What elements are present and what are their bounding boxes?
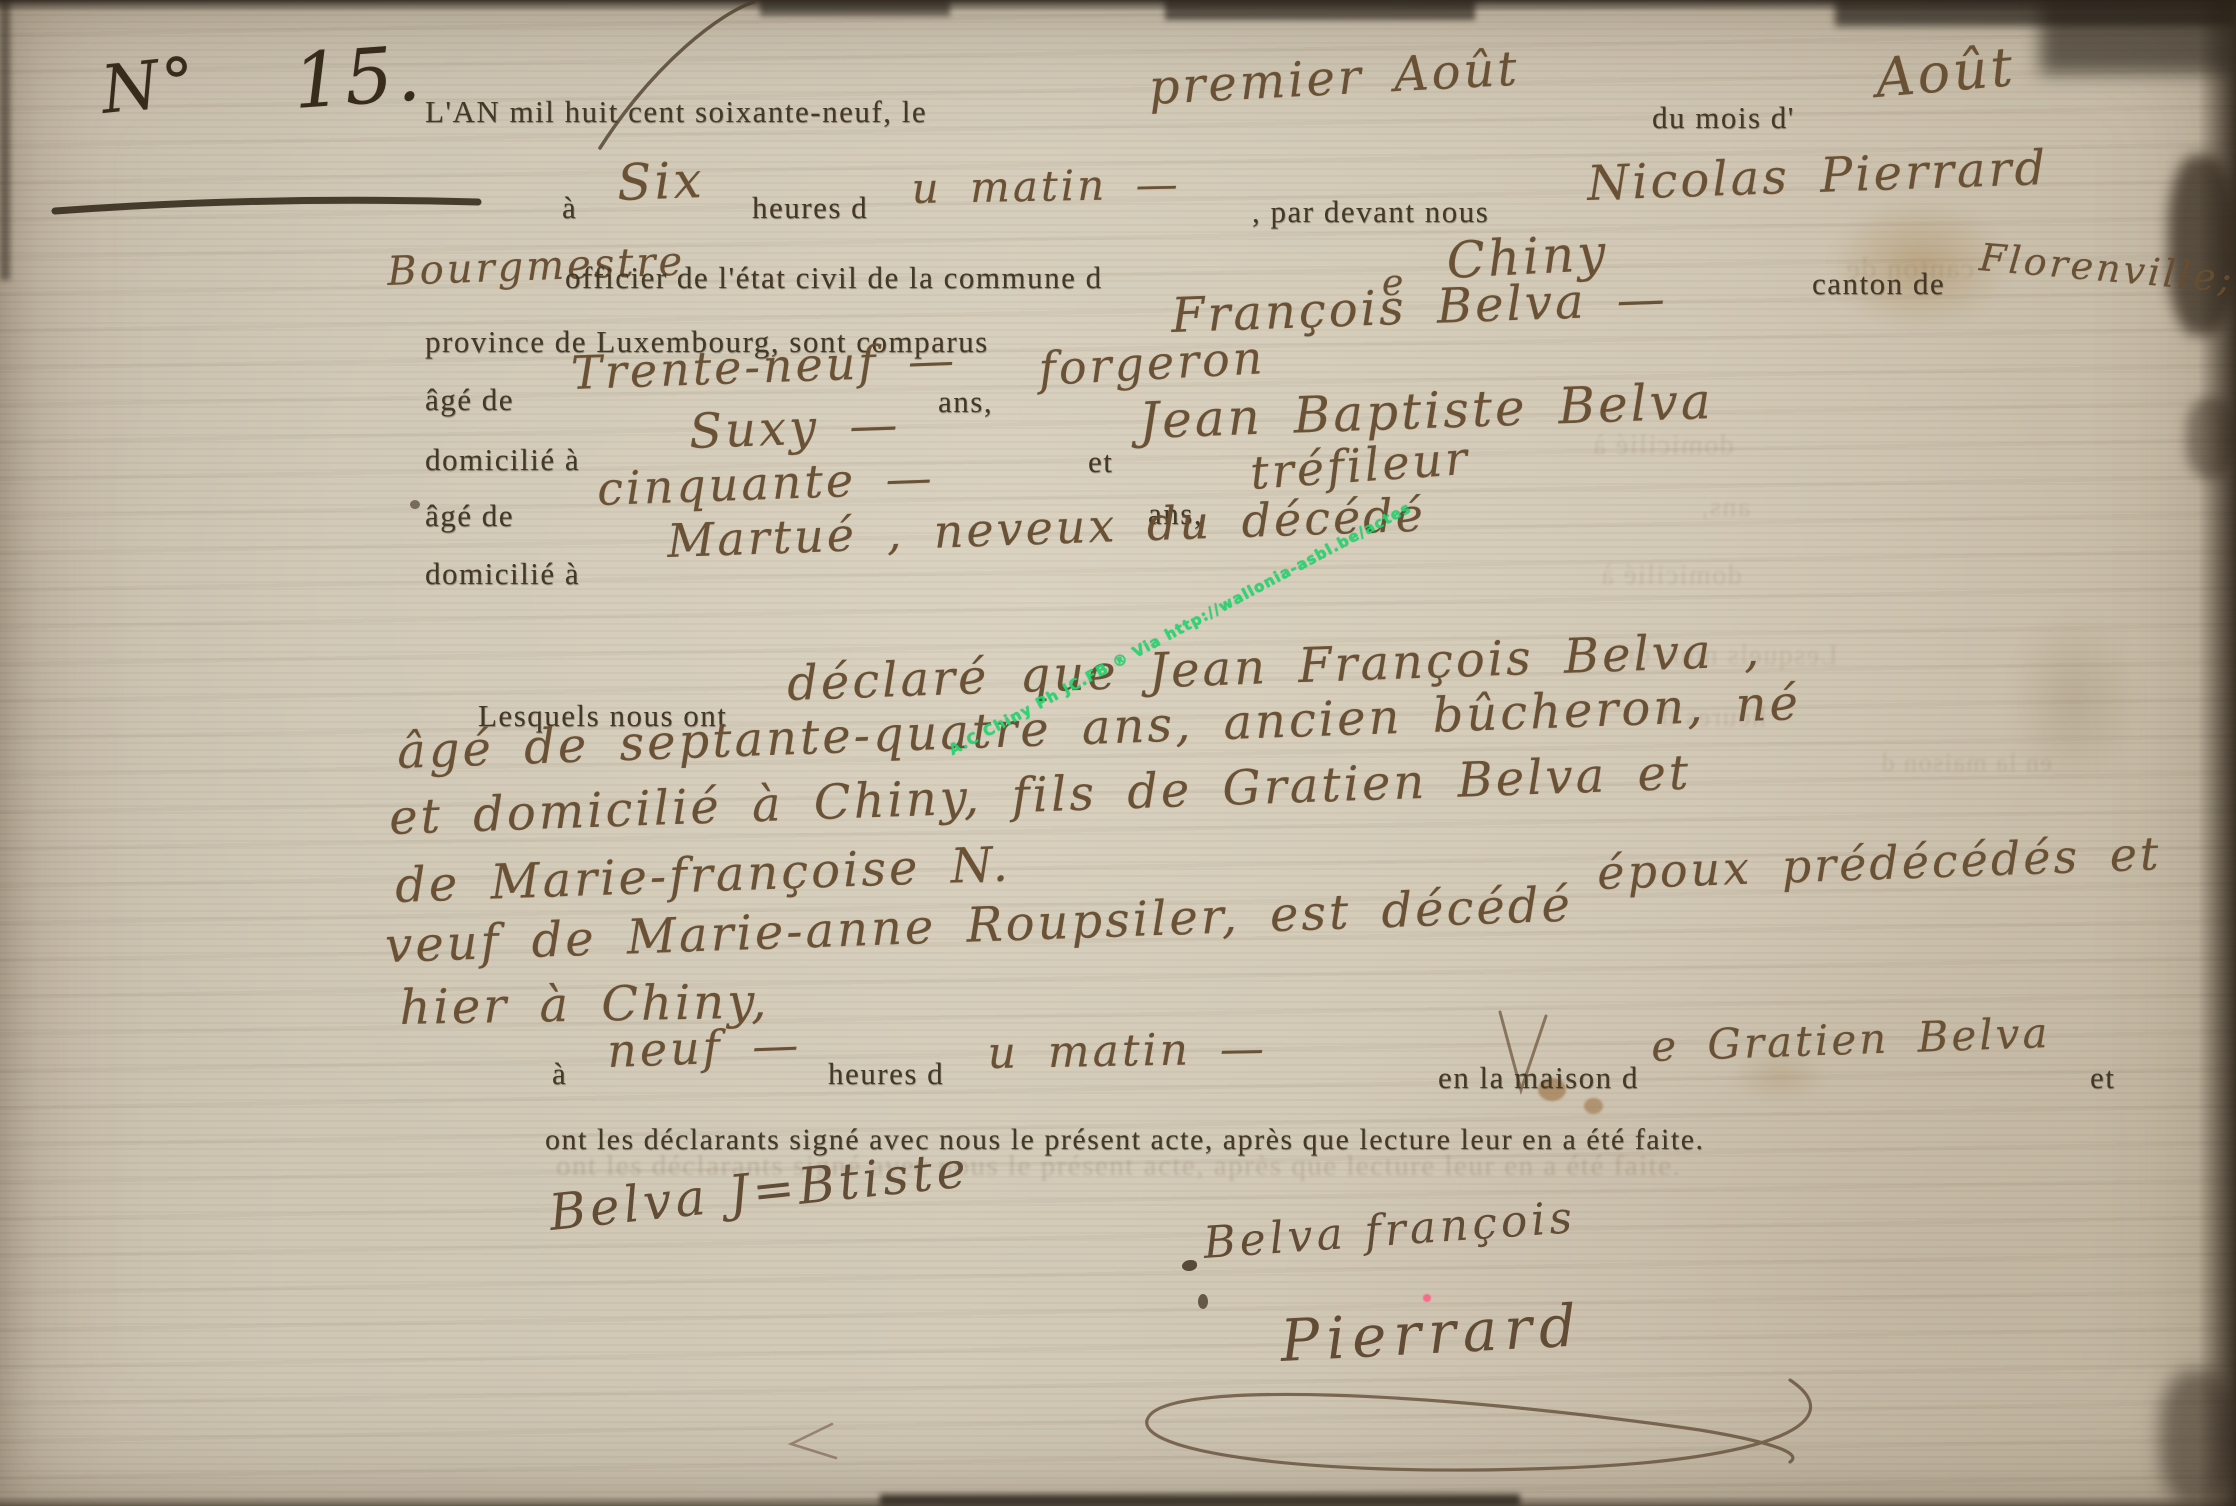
written-death-time-of-day: u matin — — [987, 1027, 1267, 1076]
edge-bottom-dark-run — [880, 1494, 1520, 1506]
ghost-maison: en la maison d — [1880, 748, 2052, 778]
written-declarant2-profession: tréfileur — [1249, 435, 1472, 496]
written-declarant2-age: cinquante — — [596, 454, 935, 512]
ghost-domicilie-2: domicilié à — [1600, 560, 1742, 592]
printed-house-and-label: et — [2090, 1062, 2115, 1095]
written-hour: Six — [616, 155, 705, 208]
printed-death-at-label: à — [552, 1058, 567, 1091]
edge-top — [0, 0, 2236, 12]
edge-top-segment-3 — [1835, 0, 2236, 26]
written-declaration-line4b: époux prédécédés et — [1596, 830, 2162, 896]
edge-top-segment-1 — [760, 0, 950, 16]
ghost-domicilie-1: domicilié à — [1592, 430, 1734, 462]
scanned-register-page: canton de domicilié à ans, domicilié à L… — [0, 0, 2236, 1506]
written-declarant1-profession: forgeron — [1038, 334, 1267, 392]
printed-civil-officer-label: officier de l'état civil de la commune d — [565, 262, 1103, 295]
printed-house-label: en la maison d — [1438, 1062, 1639, 1095]
edge-left — [0, 0, 10, 280]
written-day: premier Août — [1147, 45, 1520, 112]
printed-aged-label-2: âgé de — [425, 500, 514, 533]
printed-domiciled-label-1: domicilié à — [425, 444, 580, 477]
printed-signed-line: ont les déclarants signé avec nous le pr… — [545, 1124, 1705, 1156]
written-time-of-day: u matin — — [911, 163, 1181, 210]
edge-right — [2198, 0, 2236, 1506]
printed-aged-label-1: âgé de — [425, 384, 514, 417]
printed-month-label: du mois d' — [1652, 102, 1795, 135]
ink-speck-1 — [1182, 1260, 1197, 1271]
written-death-hour: neuf — — [606, 1021, 802, 1074]
paper-stain-spot-2 — [1584, 1098, 1603, 1114]
edge-top-segment-2 — [1165, 0, 1475, 20]
written-death-house: e Gratien Belva — [1651, 1012, 2052, 1068]
printed-death-hours-label: heures d — [828, 1058, 944, 1091]
printed-before-us-label: , par devant nous — [1252, 196, 1489, 229]
ghost-ans: ans, — [1700, 492, 1750, 524]
edge-top-right-corner — [2040, 0, 2236, 74]
signature-declarant1: Belva françois — [1202, 1196, 1577, 1266]
printed-canton-label: canton de — [1812, 268, 1945, 301]
printed-year-line: L'AN mil huit cent soixante-neuf, le — [425, 96, 927, 129]
printed-and-label: et — [1088, 446, 1113, 479]
ink-speck-2 — [1198, 1294, 1208, 1309]
edge-right-blob-1 — [2168, 155, 2236, 335]
written-canton: Florenville; — [1978, 238, 2236, 298]
printed-years-label-1: ans, — [938, 386, 993, 419]
ink-dot-margin — [410, 500, 420, 509]
written-month: Août — [1873, 40, 2017, 106]
written-declarant1-age: Trente-neuf — — [570, 337, 957, 396]
edge-right-blob-3 — [2160, 1370, 2236, 1506]
printed-at-label: à — [562, 192, 577, 225]
signature-officer: Pierrard — [1279, 1296, 1584, 1370]
printed-hours-label: heures d — [752, 192, 868, 225]
edge-bottom — [0, 1496, 2236, 1506]
edge-right-blob-2 — [2186, 398, 2236, 478]
written-officer-name: Nicolas Pierrard — [1586, 144, 2049, 208]
written-declarant1-residence: Suxy — — [688, 401, 901, 456]
act-number-prefix: N° — [98, 48, 201, 124]
printed-domiciled-label-2: domicilié à — [425, 558, 580, 591]
act-number-value: 15. — [291, 35, 426, 120]
